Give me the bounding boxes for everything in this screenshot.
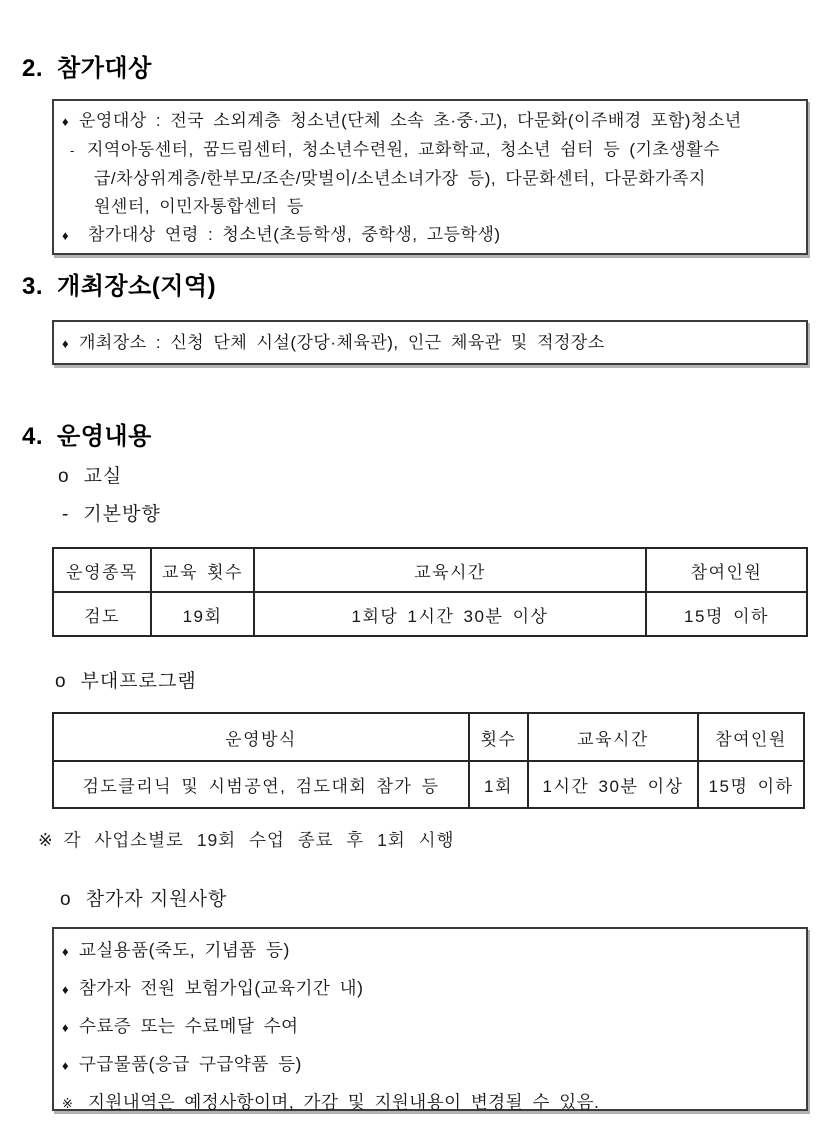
participants-line: 급/차상위계층/한부모/조손/맞벌이/소년소녀가장 등), 다문화센터, 다문화… xyxy=(54,165,806,193)
support-line-text: 교실용품(죽도, 기념품 등) xyxy=(79,940,290,960)
section-number: 3. xyxy=(22,273,43,301)
table-header-row: 운영종목 교육 횟수 교육시간 참여인원 xyxy=(53,548,807,592)
table-cell: 19회 xyxy=(151,592,254,636)
section-heading-participants: 2.참가대상 xyxy=(22,48,152,83)
document-page: 2.참가대상 ♦운영대상 : 전국 소외계층 청소년(단체 소속 초·중·고),… xyxy=(0,0,839,1138)
support-line: ♦구급물품(응급 구급약품 등) xyxy=(54,1046,806,1084)
section-title: 운영내용 xyxy=(57,423,152,450)
participants-line-text: 급/차상위계층/한부모/조손/맞벌이/소년소녀가장 등), 다문화센터, 다문화… xyxy=(94,169,706,188)
table-cell: 검도 xyxy=(53,592,151,636)
diamond-bullet-icon: ♦ xyxy=(62,1010,79,1046)
section-heading-venue: 3.개최장소(지역) xyxy=(22,266,216,301)
participants-box: ♦운영대상 : 전국 소외계층 청소년(단체 소속 초·중·고), 다문화(이주… xyxy=(52,99,808,255)
diamond-bullet-icon: ♦ xyxy=(62,108,79,136)
support-line: ♦교실용품(죽도, 기념품 등) xyxy=(54,932,806,970)
participants-line: 원센터, 이민자통합센터 등 xyxy=(54,193,806,221)
table-header-row: 운영방식 횟수 교육시간 참여인원 xyxy=(53,713,804,761)
venue-line: ♦개최장소 : 신청 단체 시설(강당·체육관), 인근 체육관 및 적정장소 xyxy=(54,329,806,358)
circle-marker: o xyxy=(58,466,70,488)
table-cell: 1회당 1시간 30분 이상 xyxy=(254,592,646,636)
section-number: 2. xyxy=(22,55,43,83)
col-header: 운영방식 xyxy=(53,713,469,761)
participants-line-text: 참가대상 연령 : 청소년(초등학생, 중학생, 고등학생) xyxy=(88,225,501,244)
venue-line-text: 개최장소 : 신청 단체 시설(강당·체육관), 인근 체육관 및 적정장소 xyxy=(79,333,605,352)
support-box: ♦교실용품(죽도, 기념품 등) ♦참가자 전원 보험가입(교육기간 내) ♦수… xyxy=(52,927,808,1111)
dash-bullet-icon: - xyxy=(70,137,87,165)
side-program-table: 운영방식 횟수 교육시간 참여인원 검도클리닉 및 시범공연, 검도대회 참가 … xyxy=(52,712,805,809)
diamond-bullet-icon: ♦ xyxy=(62,934,79,970)
diamond-bullet-icon: ♦ xyxy=(62,972,79,1008)
support-line: ※지원내역은 예정사항이며, 가감 및 지원내용이 변경될 수 있음. xyxy=(54,1084,806,1122)
dash-marker: - xyxy=(62,504,69,526)
section-heading-operation: 4.운영내용 xyxy=(22,416,152,451)
sub-item-label: 참가자 지원사항 xyxy=(86,889,228,910)
col-header: 횟수 xyxy=(469,713,528,761)
participants-line: ♦운영대상 : 전국 소외계층 청소년(단체 소속 초·중·고), 다문화(이주… xyxy=(54,107,806,136)
diamond-bullet-icon: ♦ xyxy=(62,1048,79,1084)
col-header: 교육시간 xyxy=(254,548,646,592)
support-line-text: 구급물품(응급 구급약품 등) xyxy=(79,1054,302,1074)
col-header: 참여인원 xyxy=(646,548,807,592)
sub-item-label: 부대프로그램 xyxy=(81,671,197,692)
table-cell: 1시간 30분 이상 xyxy=(528,761,698,808)
sub-item-classroom: o교실 xyxy=(58,461,122,488)
participants-line-text: 운영대상 : 전국 소외계층 청소년(단체 소속 초·중·고), 다문화(이주배… xyxy=(79,111,742,130)
table-cell: 15명 이하 xyxy=(698,761,804,808)
diamond-bullet-icon: ♦ xyxy=(62,330,79,358)
classroom-table: 운영종목 교육 횟수 교육시간 참여인원 검도 19회 1회당 1시간 30분 … xyxy=(52,547,808,637)
reference-mark-icon: ※ xyxy=(38,830,54,850)
table-row: 검도클리닉 및 시범공연, 검도대회 참가 등 1회 1시간 30분 이상 15… xyxy=(53,761,804,808)
section-number: 4. xyxy=(22,423,43,451)
reference-mark-icon: ※ xyxy=(62,1086,88,1122)
participants-line-text: 원센터, 이민자통합센터 등 xyxy=(94,197,304,216)
support-line: ♦참가자 전원 보험가입(교육기간 내) xyxy=(54,970,806,1008)
col-header: 교육시간 xyxy=(528,713,698,761)
col-header: 참여인원 xyxy=(698,713,804,761)
table-row: 검도 19회 1회당 1시간 30분 이상 15명 이하 xyxy=(53,592,807,636)
participants-line: -지역아동센터, 꿈드림센터, 청소년수련원, 교화학교, 청소년 쉼터 등 (… xyxy=(54,136,806,165)
col-header: 교육 횟수 xyxy=(151,548,254,592)
support-line-text: 참가자 전원 보험가입(교육기간 내) xyxy=(79,978,363,998)
table-cell: 1회 xyxy=(469,761,528,808)
program-note: ※각 사업소별로 19회 수업 종료 후 1회 시행 xyxy=(38,827,454,852)
section-title: 개최장소(지역) xyxy=(57,273,216,300)
sub-item-label: 기본방향 xyxy=(83,504,160,525)
support-line: ♦수료증 또는 수료메달 수여 xyxy=(54,1008,806,1046)
circle-marker: o xyxy=(60,889,72,911)
participants-line-text: 지역아동센터, 꿈드림센터, 청소년수련원, 교화학교, 청소년 쉼터 등 (기… xyxy=(87,140,720,159)
venue-box: ♦개최장소 : 신청 단체 시설(강당·체육관), 인근 체육관 및 적정장소 xyxy=(52,320,808,365)
participants-line: ♦참가대상 연령 : 청소년(초등학생, 중학생, 고등학생) xyxy=(54,221,806,250)
diamond-bullet-icon: ♦ xyxy=(62,222,88,250)
circle-marker: o xyxy=(55,671,67,693)
sub-item-basic-direction: -기본방향 xyxy=(62,499,161,526)
table-cell: 15명 이하 xyxy=(646,592,807,636)
support-line-text: 수료증 또는 수료메달 수여 xyxy=(79,1016,299,1036)
support-line-text: 지원내역은 예정사항이며, 가감 및 지원내용이 변경될 수 있음. xyxy=(88,1092,599,1112)
col-header: 운영종목 xyxy=(53,548,151,592)
section-title: 참가대상 xyxy=(57,55,152,82)
sub-item-label: 교실 xyxy=(84,466,123,487)
sub-item-participant-support: o참가자 지원사항 xyxy=(60,884,227,911)
sub-item-side-program: o부대프로그램 xyxy=(55,666,197,693)
table-cell: 검도클리닉 및 시범공연, 검도대회 참가 등 xyxy=(53,761,469,808)
note-text: 각 사업소별로 19회 수업 종료 후 1회 시행 xyxy=(64,830,455,850)
